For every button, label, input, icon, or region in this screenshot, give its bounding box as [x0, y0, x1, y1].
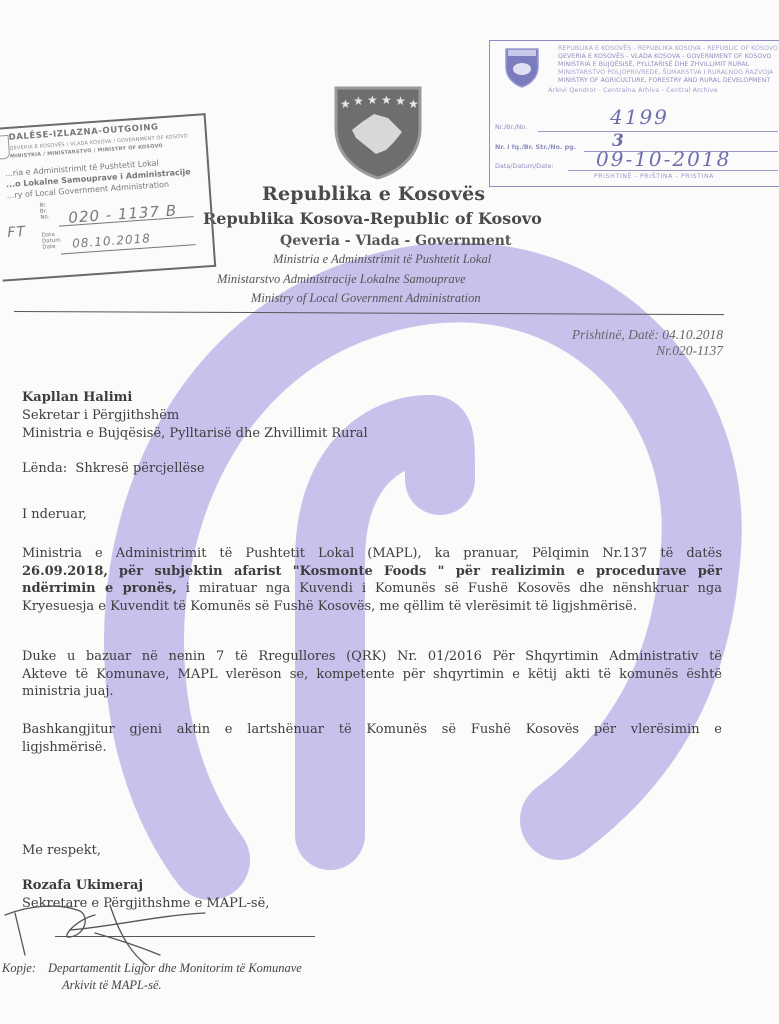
stamp-date-labels: Data Datum Date [41, 232, 61, 251]
stamp-header-line: QEVERIA E KOSOVËS - VLADA KOSOVA - GOVER… [558, 53, 771, 60]
paragraph-2: Duke u bazuar në nenin 7 të Rregullores … [22, 648, 722, 701]
paragraph-1: Ministria e Administrimit të Pushtetit L… [22, 545, 722, 615]
svg-text:★: ★ [381, 93, 392, 107]
recipient-title: Sekretar i Përgjithshëm [22, 408, 179, 423]
stamp-handwritten-code: FT [7, 224, 27, 241]
header-divider [14, 311, 724, 315]
stamp-nr-label: Nr./Br./No. [495, 123, 527, 131]
stamp-number-labels: Br. Br. No. [39, 202, 49, 221]
header-ministry-sq: Ministria e Administrimit të Pushtetit L… [273, 252, 491, 267]
header-title: Republika e Kosovës [262, 183, 485, 205]
stamp-nr-value: 4199 [610, 105, 669, 129]
stamp-crest-icon [504, 47, 540, 89]
subject-line: Lënda: Shkresë përcjellëse [22, 461, 205, 476]
stamp-header-line: MINISTARSTVO POLJOPRIVREDE, ŠUMARSTVA I … [558, 69, 773, 76]
closing: Me respekt, [22, 843, 101, 858]
copies-line: Arkivit të MAPL-së. [62, 978, 162, 993]
stamp-city: PRISHTINË - PRIŠTINA - PRISTINA [594, 173, 714, 180]
header-ministry-sr: Ministarstvo Administracije Lokalne Samo… [217, 272, 466, 287]
subject-label: Lënda: [22, 461, 67, 476]
svg-text:★: ★ [340, 97, 351, 111]
recipient-organization: Ministria e Bujqësisë, Pylltarisë dhe Zh… [22, 426, 368, 441]
document-date: Prishtinë, Datë: 04.10.2018 [572, 327, 723, 343]
greeting: I nderuar, [22, 507, 87, 522]
incoming-stamp: REPUBLIKA E KOSOVËS - REPUBLIKA KOSOVA -… [489, 40, 779, 187]
svg-text:★: ★ [408, 97, 419, 111]
header-government: Qeveria - Vlada - Government [280, 233, 511, 249]
stamp-header-line: REPUBLIKA E KOSOVËS - REPUBLIKA KOSOVA -… [558, 45, 778, 52]
subject-text: Shkresë përcjellëse [75, 461, 204, 476]
svg-text:★: ★ [395, 94, 406, 108]
header-subtitle: Republika Kosova-Republic of Kosovo [203, 209, 542, 228]
kosovo-coat-of-arms-icon: ★ ★ ★ ★ ★ ★ [330, 84, 426, 180]
paragraph-3: Bashkangjitur gjeni aktin e lartshënuar … [22, 721, 722, 756]
stamp-pages-label: Nr. i fq./Br. Str./No. pg. [495, 143, 576, 151]
stamp-date-label: Data/Datum/Date: [495, 162, 554, 170]
document-page: ★ ★ ★ ★ ★ ★ Republika e Kosovës Republik… [0, 0, 779, 1024]
svg-text:★: ★ [353, 94, 364, 108]
header-ministry-en: Ministry of Local Government Administrat… [251, 291, 481, 306]
stamp-archive-line: Arkivi Qendror - Centralna Arhiva - Cent… [548, 86, 718, 94]
recipient-name: Kapllan Halimi [22, 390, 132, 405]
svg-text:★: ★ [367, 93, 378, 107]
stamp-date-value: 09-10-2018 [596, 147, 731, 171]
outgoing-stamp: DALËSE-IZLAZNA-OUTGOING QEVERIA E KOSOVË… [0, 113, 216, 282]
handwritten-signature-icon [0, 885, 230, 965]
stamp-header-line: MINISTRIA E BUJQËSISË, PYLLTARISË DHE ZH… [558, 61, 749, 68]
stamp-header-line: MINISTRY OF AGRICULTURE, FORESTRY AND RU… [558, 77, 770, 84]
document-number: Nr.020-1137 [656, 343, 723, 359]
